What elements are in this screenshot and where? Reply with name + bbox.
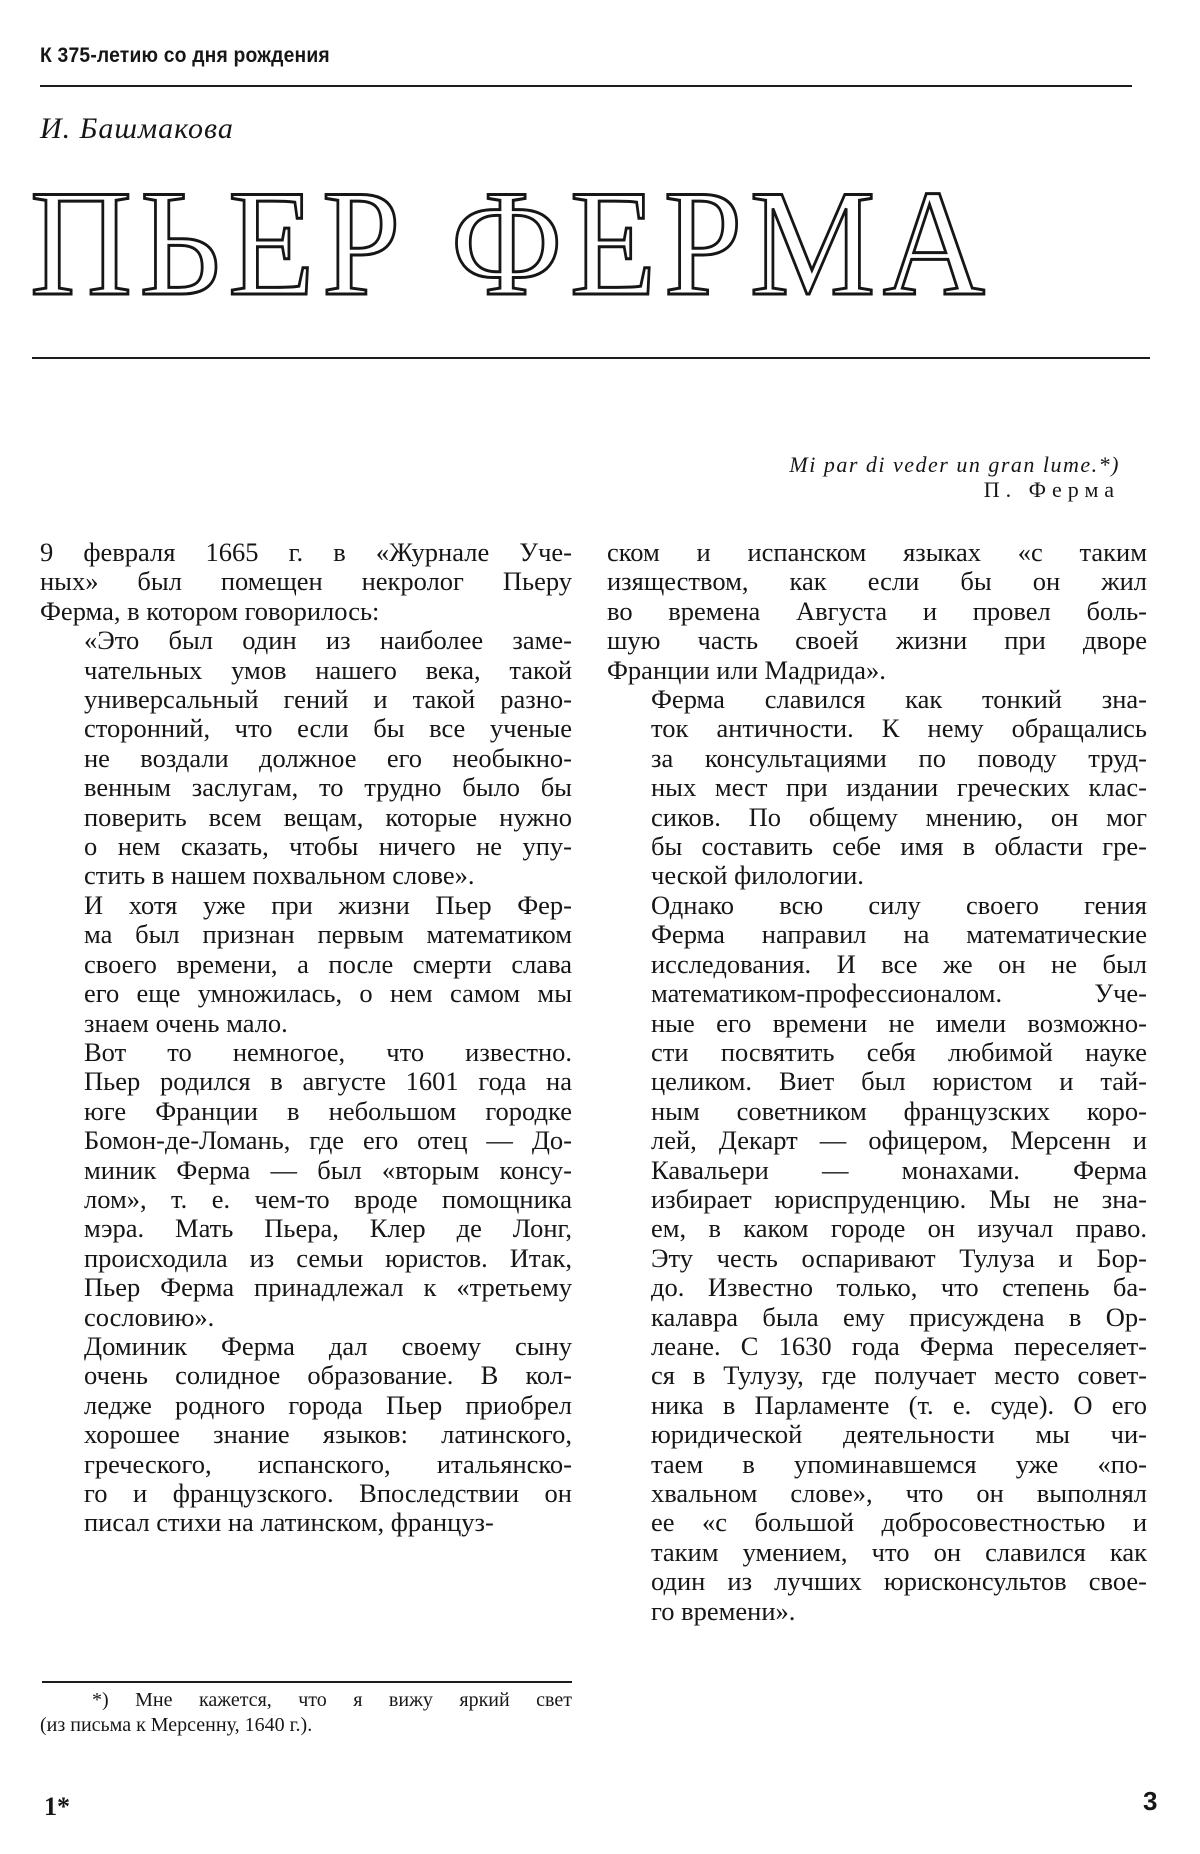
text-line: чательных умов нашего века, такой [40, 656, 572, 685]
text-line: ных» был помещен некролог Пьеру [40, 567, 572, 596]
text-line: не воздали должное его необыкно- [40, 744, 572, 773]
footnote-rule [42, 1681, 572, 1683]
paragraph: Доминик Ферма дал своему сынуочень солид… [40, 1332, 572, 1538]
text-line: юге Франции в небольшом городке [40, 1097, 572, 1126]
text-line: ее «с большой добросовестностью и [607, 1508, 1147, 1537]
text-line: Бомон-де-Ломань, где его отец — До- [40, 1126, 572, 1155]
text-line: Пьер Ферма принадлежал к «третьему [40, 1273, 572, 1302]
text-line: до. Известно только, что степень ба- [607, 1273, 1147, 1302]
text-line: ческой филологии. [607, 861, 1147, 890]
text-line: леане. С 1630 года Ферма переселяет- [607, 1332, 1147, 1361]
text-line: во времена Августа и провел боль- [607, 597, 1147, 626]
text-line: Пьер родился в августе 1601 года на [40, 1067, 572, 1096]
text-line: Ферма направил на математические [607, 920, 1147, 949]
text-line: ток античности. К нему обращались [607, 714, 1147, 743]
title-rule [32, 357, 1150, 359]
left-column: 9 февраля 1665 г. в «Журнале Уче-ных» бы… [40, 538, 572, 1538]
text-line: лом», т. е. чем-то вроде помощника [40, 1185, 572, 1214]
text-line: лей, Декарт — офицером, Мерсенн и [607, 1126, 1147, 1155]
text-line: сословию». [40, 1303, 572, 1332]
text-line: Однако всю силу своего гения [607, 891, 1147, 920]
text-line: таким умением, что он славился как [607, 1538, 1147, 1567]
text-line: происходила из семьи юристов. Итак, [40, 1244, 572, 1273]
footnote-line: *) Мне кажется, что я вижу яркий свет [40, 1688, 572, 1713]
text-line: сиков. По общему мнению, он мог [607, 803, 1147, 832]
page-number: 3 [1143, 1786, 1157, 1817]
text-line: миник Ферма — был «вторым консу- [40, 1156, 572, 1185]
text-line: сти посвятить себя любимой науке [607, 1038, 1147, 1067]
footnote-line: (из письма к Мерсенну, 1640 г.). [40, 1713, 572, 1738]
text-line: целиком. Виет был юристом и тай- [607, 1067, 1147, 1096]
section-kicker: К 375-летию со дня рождения [40, 44, 330, 68]
text-line: И хотя уже при жизни Пьер Фер- [40, 891, 572, 920]
text-line: ника в Парламенте (т. е. суде). О его [607, 1391, 1147, 1420]
text-line: ском и испанском языках «с таким [607, 538, 1147, 567]
text-line: ся в Тулузу, где получает место совет- [607, 1361, 1147, 1390]
text-line: ным советником французских коро- [607, 1097, 1147, 1126]
text-line: Доминик Ферма дал своему сыну [40, 1332, 572, 1361]
author-name: И. Башмакова [40, 112, 234, 146]
text-line: юридической деятельности мы чи- [607, 1420, 1147, 1449]
paragraph: Вот то немногое, что известно.Пьер родил… [40, 1038, 572, 1332]
epigraph-quote: Mi par di veder un gran lume.*) [789, 452, 1120, 477]
text-line: избирает юриспруденцию. Мы не зна- [607, 1185, 1147, 1214]
text-line: ледже родного города Пьер приобрел [40, 1391, 572, 1420]
text-line: ные его времени не имели возможно- [607, 1009, 1147, 1038]
text-line: Вот то немногое, что известно. [40, 1038, 572, 1067]
text-line: универсальный гений и такой разно- [40, 685, 572, 714]
paragraph: ском и испанском языках «с такимизяществ… [607, 538, 1147, 685]
right-column: ском и испанском языках «с такимизяществ… [607, 538, 1147, 1626]
paragraph: И хотя уже при жизни Пьер Фер-ма был при… [40, 891, 572, 1038]
text-line: хорошее знание языков: латинского, [40, 1420, 572, 1449]
signature-mark: 1* [44, 1792, 70, 1822]
text-line: венным заслугам, то трудно было бы [40, 773, 572, 802]
text-line: о нем сказать, чтобы ничего не упу- [40, 832, 572, 861]
text-line: знаем очень мало. [40, 1009, 572, 1038]
text-line: изяществом, как если бы он жил [607, 567, 1147, 596]
text-line: писал стихи на латинском, француз- [40, 1508, 572, 1537]
text-line: сторонний, что если бы все ученые [40, 714, 572, 743]
paragraph: Однако всю силу своего генияФерма направ… [607, 891, 1147, 1626]
text-line: его еще умножилась, о нем самом мы [40, 979, 572, 1008]
text-line: таем в упоминавшемся уже «по- [607, 1450, 1147, 1479]
text-line: го времени». [607, 1597, 1147, 1626]
text-line: поверить всем вещам, которые нужно [40, 803, 572, 832]
footnote: *) Мне кажется, что я вижу яркий свет (и… [40, 1688, 572, 1738]
text-line: калавра была ему присуждена в Ор- [607, 1303, 1147, 1332]
text-line: мэра. Мать Пьера, Клер де Лонг, [40, 1214, 572, 1243]
text-line: исследования. И все же он не был [607, 950, 1147, 979]
text-line: Ферма, в котором говорилось: [40, 597, 572, 626]
epigraph: Mi par di veder un gran lume.*) П. Ферма [789, 452, 1120, 502]
article-title: ПЬЕР ФЕРМА [30, 168, 1090, 318]
text-line: ных мест при издании греческих клас- [607, 773, 1147, 802]
text-line: один из лучших юрисконсультов свое- [607, 1567, 1147, 1596]
text-line: Ферма славился как тонкий зна- [607, 685, 1147, 714]
text-line: за консультациями по поводу труд- [607, 744, 1147, 773]
paragraph: «Это был один из наиболее заме-чательных… [40, 626, 572, 891]
epigraph-signature: П. Ферма [789, 477, 1120, 502]
text-line: «Это был один из наиболее заме- [40, 626, 572, 655]
text-line: 9 февраля 1665 г. в «Журнале Уче- [40, 538, 572, 567]
text-line: своего времени, а после смерти слава [40, 950, 572, 979]
text-line: Франции или Мадрида». [607, 656, 1147, 685]
text-line: математиком-профессионалом. Уче- [607, 979, 1147, 1008]
text-line: очень солидное образование. В кол- [40, 1361, 572, 1390]
text-line: стить в нашем похвальном слове». [40, 861, 572, 890]
text-line: греческого, испанского, итальянско- [40, 1450, 572, 1479]
text-line: ма был признан первым математиком [40, 920, 572, 949]
text-line: ем, в каком городе он изучал право. [607, 1214, 1147, 1243]
paragraph: 9 февраля 1665 г. в «Журнале Уче-ных» бы… [40, 538, 572, 626]
text-line: хвальном слове», что он выполнял [607, 1479, 1147, 1508]
text-line: Эту честь оспаривают Тулуза и Бор- [607, 1244, 1147, 1273]
header-rule [40, 85, 1132, 87]
text-line: бы составить себе имя в области гре- [607, 832, 1147, 861]
text-line: шую часть своей жизни при дворе [607, 626, 1147, 655]
text-line: го и французского. Впоследствии он [40, 1479, 572, 1508]
paragraph: Ферма славился как тонкий зна-ток античн… [607, 685, 1147, 891]
text-line: Кавальери — монахами. Ферма [607, 1156, 1147, 1185]
